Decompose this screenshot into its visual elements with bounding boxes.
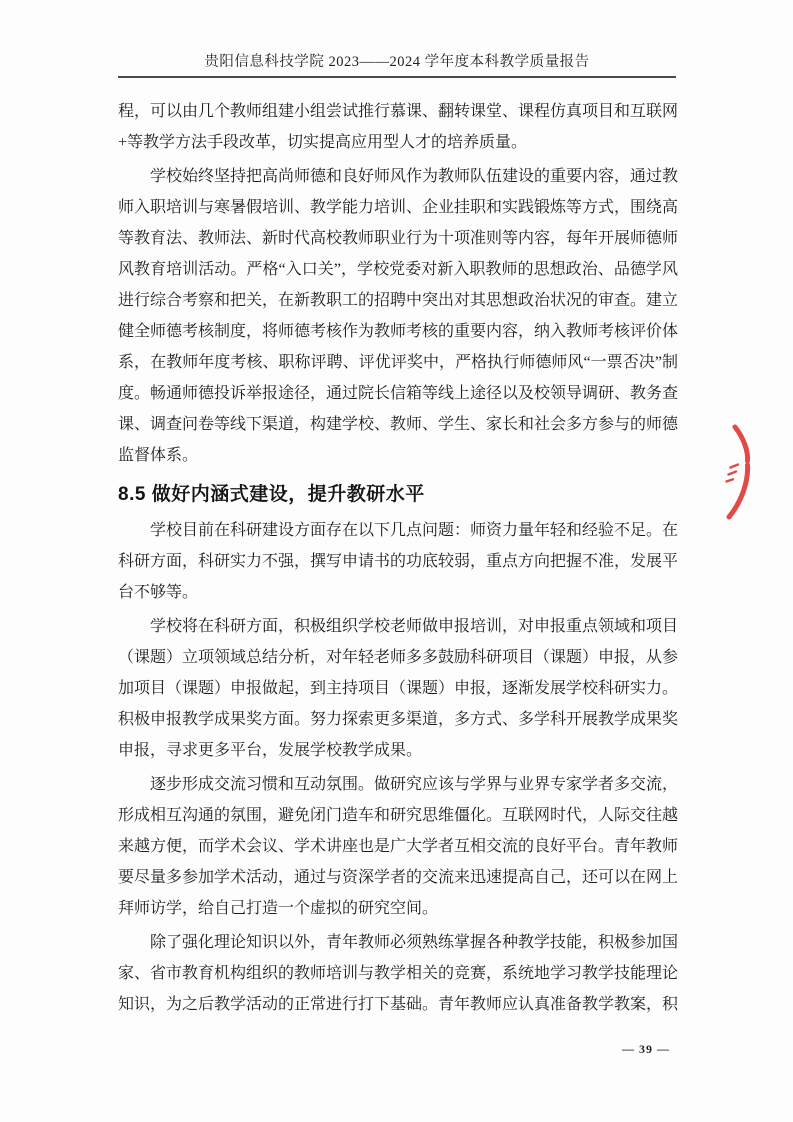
page-header-title: 贵阳信息科技学院 2023——2024 学年度本科教学质量报告	[118, 50, 676, 78]
paragraph-teacher-ethics: 学校始终坚持把高尚师德和良好师风作为教师队伍建设的重要内容，通过教师入职培训与寒…	[118, 161, 678, 471]
document-body: 程，可以由几个教师组建小组尝试推行慕课、翻转课堂、课程仿真项目和互联网+等教学方…	[118, 96, 678, 1023]
paragraph-continuation: 程，可以由几个教师组建小组尝试推行慕课、翻转课堂、课程仿真项目和互联网+等教学方…	[118, 96, 678, 158]
page-number: — 39 —	[118, 1042, 670, 1057]
document-page: 贵阳信息科技学院 2023——2024 学年度本科教学质量报告 程，可以由几个教…	[0, 0, 793, 1122]
paragraph-research-plan: 学校将在科研方面，积极组织学校老师做申报培训，对申报重点领域和项目（课题）立项领…	[118, 611, 678, 766]
red-pen-check-mark-icon	[718, 420, 760, 525]
paragraph-academic-exchange: 逐步形成交流习惯和互动氛围。做研究应该与学界与业界专家学者多交流，形成相互沟通的…	[118, 769, 678, 924]
paragraph-research-problems: 学校目前在科研建设方面存在以下几点问题：师资力量年轻和经验不足。在科研方面，科研…	[118, 515, 678, 608]
section-heading-8-5: 8.5 做好内涵式建设，提升教研水平	[118, 481, 678, 509]
paragraph-young-teachers: 除了强化理论知识以外，青年教师必须熟练掌握各种教学技能，积极参加国家、省市教育机…	[118, 927, 678, 1020]
